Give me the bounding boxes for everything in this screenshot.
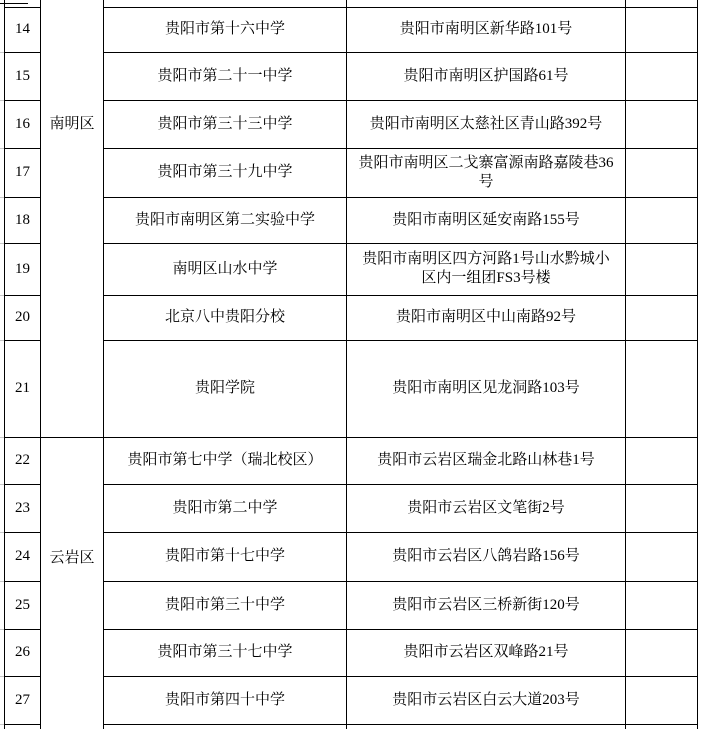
table-row-23: 23 贵阳市第二中学 贵阳市云岩区文笔街2号: [5, 484, 698, 532]
table-row-17: 17 贵阳市第三十九中学 贵阳市南明区二戈寨富源南路嘉陵巷36 号: [5, 148, 698, 197]
address-cell: 贵阳市南明区四方河路1号山水黔城小 区内一组团FS3号楼: [347, 243, 626, 295]
school-name-cell: 贵阳市第十六中学: [104, 7, 347, 52]
table-row-21: 21 贵阳学院 贵阳市南明区见龙洞路103号: [5, 340, 698, 437]
remark-cell: [626, 724, 698, 729]
address-cell: 贵阳市云岩区文笔街2号: [347, 484, 626, 532]
school-name-cell: 贵阳市第三十九中学: [104, 148, 347, 197]
table-row-18: 18 贵阳市南明区第二实验中学 贵阳市南明区延安南路155号: [5, 197, 698, 243]
school-name-cell: 贵阳市第七中学（瑞北校区）: [104, 437, 347, 484]
gridline-tick: [0, 100, 4, 101]
remark-cell: [626, 532, 698, 581]
gridline-tick: [0, 197, 4, 198]
remark-cell: [626, 295, 698, 340]
table-row-15: 15 贵阳市第二十一中学 贵阳市南明区护国路61号: [5, 52, 698, 100]
row-number-cell: [5, 724, 41, 729]
school-name-cell: 贵阳市第三十三中学: [104, 100, 347, 148]
gridline-tick: [0, 532, 4, 533]
table-row-20: 20 北京八中贵阳分校 贵阳市南明区中山南路92号: [5, 295, 698, 340]
table-row-25: 25 贵阳市第三十中学 贵阳市云岩区三桥新街120号: [5, 581, 698, 629]
remark-cell: [626, 7, 698, 52]
address-cell: 贵阳市南明区护国路61号: [347, 52, 626, 100]
row-number-cell: 17: [5, 148, 41, 197]
table-row-27: 27 贵阳市第四十中学 贵阳市云岩区白云大道203号: [5, 676, 698, 724]
address-cell: 贵阳市云岩区双峰路21号: [347, 629, 626, 676]
address-cell: [347, 0, 626, 7]
gridline-tick: [0, 52, 4, 53]
remark-cell: [626, 437, 698, 484]
address-cell: 贵阳市云岩区白云大道203号: [347, 676, 626, 724]
address-cell: 贵阳市云岩区八鸽岩路156号: [347, 532, 626, 581]
school-name-cell: 贵阳市第二中学: [104, 484, 347, 532]
school-name-cell: 贵阳市第二十一中学: [104, 52, 347, 100]
gridline-tick: [0, 676, 4, 677]
row-number-cell: 26: [5, 629, 41, 676]
row-number-cell: 19: [5, 243, 41, 295]
school-name-cell: 南明区山水中学: [104, 243, 347, 295]
gridline-tick: [0, 243, 4, 244]
remark-cell: [626, 629, 698, 676]
remark-cell: [626, 148, 698, 197]
row-number-cell: 22: [5, 437, 41, 484]
school-name-cell: 贵阳市第四十中学: [104, 676, 347, 724]
row-number-cell: 16: [5, 100, 41, 148]
address-cell: 贵阳市南明区太慈社区青山路392号: [347, 100, 626, 148]
school-table: 南明区 14 贵阳市第十六中学 贵阳市南明区新华路101号 15 贵阳市第二十一…: [4, 0, 698, 729]
table-row-14: 14 贵阳市第十六中学 贵阳市南明区新华路101号: [5, 7, 698, 52]
row-number-cell: 20: [5, 295, 41, 340]
address-cell: 贵阳市南明区新华路101号: [347, 7, 626, 52]
school-name-cell: 贵阳市第三十七中学: [104, 629, 347, 676]
address-cell: [347, 724, 626, 729]
address-cell: 贵阳市南明区二戈寨富源南路嘉陵巷36 号: [347, 148, 626, 197]
row-number-cell: 14: [5, 7, 41, 52]
row-number-cell: 24: [5, 532, 41, 581]
row-number-cell: [5, 0, 41, 7]
gridline-tick: [0, 295, 4, 296]
table-row-19: 19 南明区山水中学 贵阳市南明区四方河路1号山水黔城小 区内一组团FS3号楼: [5, 243, 698, 295]
school-name-cell: 贵阳市南明区第二实验中学: [104, 197, 347, 243]
remark-cell: [626, 100, 698, 148]
school-name-cell: 贵阳市第十七中学: [104, 532, 347, 581]
table-row-26: 26 贵阳市第三十七中学 贵阳市云岩区双峰路21号: [5, 629, 698, 676]
table-row-partial-bottom: [5, 724, 698, 729]
remark-cell: [626, 676, 698, 724]
table-row-16: 16 贵阳市第三十三中学 贵阳市南明区太慈社区青山路392号: [5, 100, 698, 148]
school-name-cell: [104, 0, 347, 7]
table-row-partial-top: 南明区: [5, 0, 698, 7]
remark-cell: [626, 0, 698, 7]
gridline-tick: [0, 724, 4, 725]
remark-cell: [626, 340, 698, 437]
gridline-tick: [0, 148, 4, 149]
row-number-cell: 21: [5, 340, 41, 437]
gridline-tick: [0, 581, 4, 582]
address-cell: 贵阳市云岩区瑞金北路山林巷1号: [347, 437, 626, 484]
school-name-cell: [104, 724, 347, 729]
row-number-cell: 23: [5, 484, 41, 532]
district-cell-nanming: 南明区: [41, 0, 104, 437]
spreadsheet-view: 南明区 14 贵阳市第十六中学 贵阳市南明区新华路101号 15 贵阳市第二十一…: [0, 0, 703, 729]
remark-cell: [626, 197, 698, 243]
district-cell-yunyan: 云岩区: [41, 437, 104, 729]
district-label-yunyan: 云岩区: [41, 549, 103, 567]
remark-cell: [626, 52, 698, 100]
remark-cell: [626, 581, 698, 629]
remark-cell: [626, 484, 698, 532]
table-row-24: 24 贵阳市第十七中学 贵阳市云岩区八鸽岩路156号: [5, 532, 698, 581]
district-label-nanming: 南明区: [41, 115, 103, 133]
gridline-tick: [0, 484, 4, 485]
school-name-cell: 贵阳学院: [104, 340, 347, 437]
address-cell: 贵阳市云岩区三桥新街120号: [347, 581, 626, 629]
school-name-cell: 北京八中贵阳分校: [104, 295, 347, 340]
remark-cell: [626, 243, 698, 295]
row-number-cell: 27: [5, 676, 41, 724]
row-number-cell: 15: [5, 52, 41, 100]
row-number-cell: 25: [5, 581, 41, 629]
school-name-cell: 贵阳市第三十中学: [104, 581, 347, 629]
table-row-22: 22 云岩区 贵阳市第七中学（瑞北校区） 贵阳市云岩区瑞金北路山林巷1号: [5, 437, 698, 484]
address-cell: 贵阳市南明区延安南路155号: [347, 197, 626, 243]
gridline-tick: [0, 340, 4, 341]
address-cell: 贵阳市南明区见龙洞路103号: [347, 340, 626, 437]
row-number-cell: 18: [5, 197, 41, 243]
gridline-tick: [0, 437, 4, 438]
address-cell: 贵阳市南明区中山南路92号: [347, 295, 626, 340]
gridline-tick: [0, 629, 4, 630]
